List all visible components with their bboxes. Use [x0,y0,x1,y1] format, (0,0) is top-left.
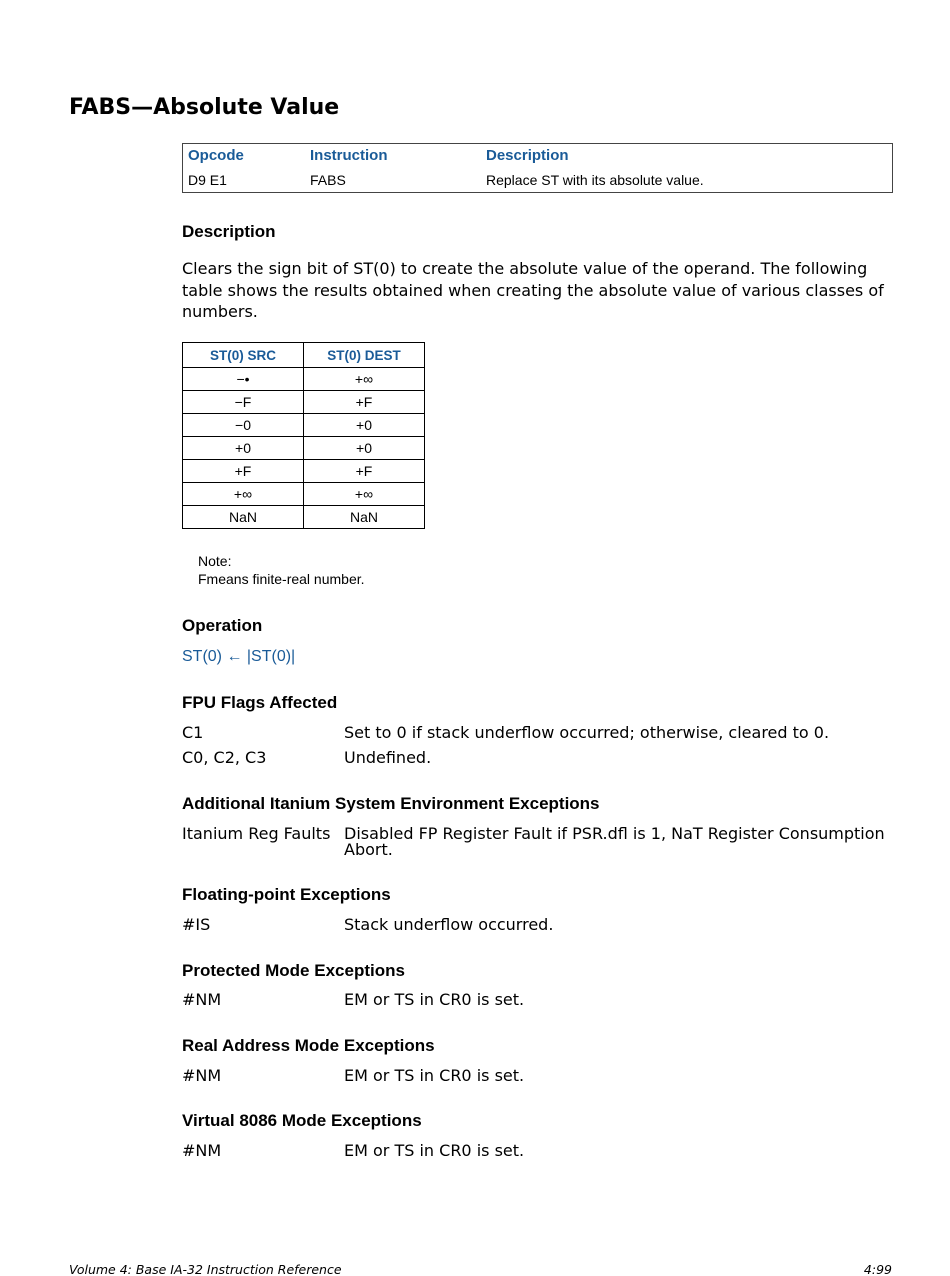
cell-dest: +0 [304,414,425,437]
cell-instruction: FABS [310,172,346,188]
table-row: +∞+∞ [183,483,425,506]
note-label: Note: [198,552,365,570]
table-row: −F+F [183,391,425,414]
exception-key: #NM [182,1143,221,1159]
exception-value: Stack underflow occurred. [344,917,899,933]
table-row: +F+F [183,460,425,483]
cell-dest: +F [304,391,425,414]
cell-description: Replace ST with its absolute value. [486,172,704,188]
table-row: +0+0 [183,437,425,460]
itanium-exceptions-heading: Additional Itanium System Environment Ex… [182,794,600,814]
results-table: ST(0) SRC ST(0) DEST −•+∞ −F+F −0+0 +0+0… [182,342,425,529]
cell-dest: NaN [304,506,425,529]
v86-mode-heading: Virtual 8086 Mode Exceptions [182,1111,422,1131]
header-dest: ST(0) DEST [304,343,425,368]
exception-value: EM or TS in CR0 is set. [344,1143,899,1159]
footer-volume-title: Volume 4: Base IA-32 Instruction Referen… [69,1262,342,1276]
table-note: Note: Fmeans finite-real number. [198,552,365,588]
exception-key: Itanium Reg Faults [182,826,330,842]
note-text: Fmeans finite-real number. [198,570,365,588]
cell-src: −F [183,391,304,414]
operation-code: ST(0) ← |ST(0)| [182,648,295,666]
fp-exceptions-heading: Floating-point Exceptions [182,885,391,905]
page-title: FABS—Absolute Value [69,95,339,120]
exception-value: Disabled FP Register Fault if PSR.dfl is… [344,826,899,858]
exception-key: #IS [182,917,210,933]
cell-src: +∞ [183,483,304,506]
cell-dest: +0 [304,437,425,460]
cell-src: +0 [183,437,304,460]
header-description: Description [486,147,569,164]
cell-dest: +∞ [304,368,425,391]
fpu-flags-heading: FPU Flags Affected [182,693,337,713]
header-opcode: Opcode [188,147,244,164]
footer-page-number: 4:99 [864,1262,892,1276]
description-heading: Description [182,222,276,242]
cell-dest: +F [304,460,425,483]
cell-src: −• [183,368,304,391]
flag-key: C0, C2, C3 [182,750,266,766]
cell-src: −0 [183,414,304,437]
flag-key: C1 [182,725,203,741]
cell-dest: +∞ [304,483,425,506]
header-instruction: Instruction [310,147,388,164]
real-mode-heading: Real Address Mode Exceptions [182,1036,435,1056]
description-text: Clears the sign bit of ST(0) to create t… [182,258,897,323]
opcode-table: Opcode Instruction Description D9 E1 FAB… [182,143,893,193]
operation-heading: Operation [182,616,262,636]
cell-src: +F [183,460,304,483]
flag-value: Undefined. [344,750,899,766]
table-row: NaNNaN [183,506,425,529]
table-row: −0+0 [183,414,425,437]
flag-value: Set to 0 if stack underflow occurred; ot… [344,725,899,741]
cell-src: NaN [183,506,304,529]
protected-mode-heading: Protected Mode Exceptions [182,961,405,981]
exception-key: #NM [182,1068,221,1084]
header-src: ST(0) SRC [183,343,304,368]
exception-key: #NM [182,992,221,1008]
results-table-header: ST(0) SRC ST(0) DEST [183,343,425,368]
table-row: −•+∞ [183,368,425,391]
exception-value: EM or TS in CR0 is set. [344,1068,899,1084]
cell-opcode: D9 E1 [188,172,227,188]
exception-value: EM or TS in CR0 is set. [344,992,899,1008]
